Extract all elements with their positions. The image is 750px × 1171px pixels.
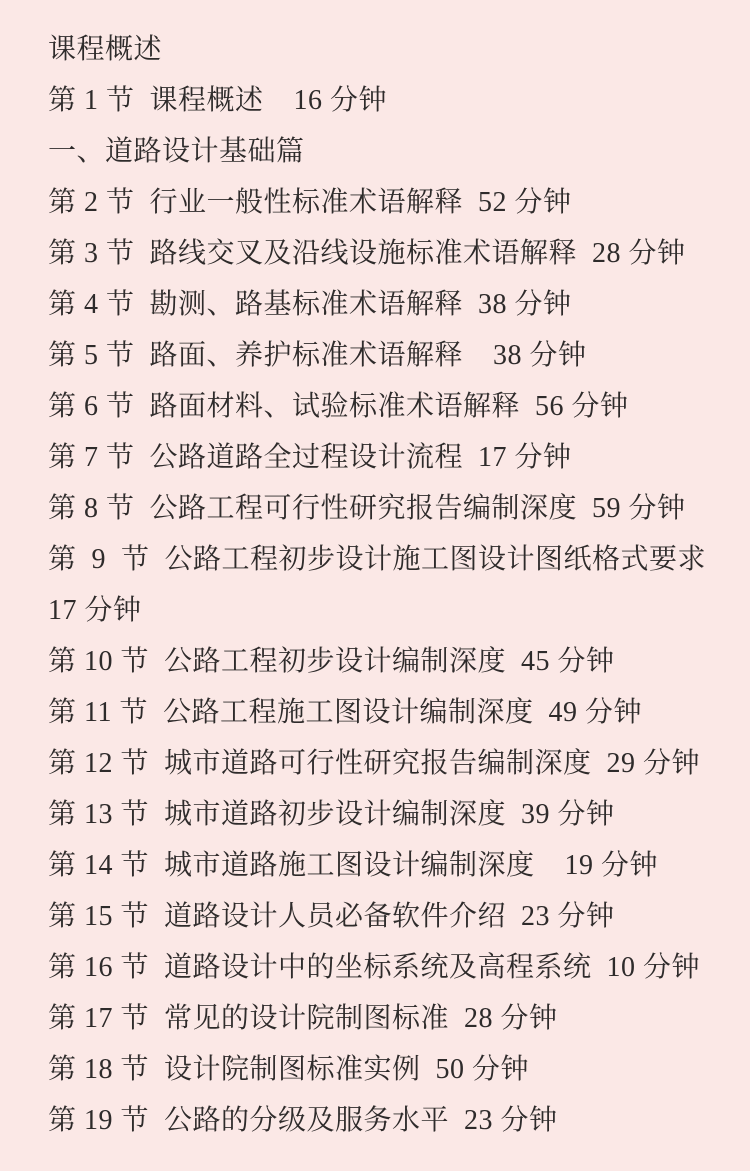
course-outline: 课程概述 第 1 节 课程概述 16 分钟一、道路设计基础篇第 2 节 行业一般… — [0, 0, 750, 1146]
outline-item: 第 15 节 道路设计人员必备软件介绍 23 分钟 — [48, 891, 730, 942]
outline-item: 第 4 节 勘测、路基标准术语解释 38 分钟 — [48, 279, 730, 330]
section-heading: 一、道路设计基础篇 — [48, 126, 730, 177]
outline-item: 第 14 节 城市道路施工图设计编制深度 19 分钟 — [48, 840, 730, 891]
outline-item: 第 3 节 路线交叉及沿线设施标准术语解释 28 分钟 — [48, 228, 730, 279]
outline-item: 第 5 节 路面、养护标准术语解释 38 分钟 — [48, 330, 730, 381]
outline-item: 第 10 节 公路工程初步设计编制深度 45 分钟 — [48, 636, 730, 687]
outline-item: 第 9 节 公路工程初步设计施工图设计图纸格式要求 17 分钟 — [48, 534, 730, 636]
document-title: 课程概述 — [48, 24, 730, 75]
course-outline-list: 第 1 节 课程概述 16 分钟一、道路设计基础篇第 2 节 行业一般性标准术语… — [48, 75, 730, 1146]
outline-item: 第 1 节 课程概述 16 分钟 — [48, 75, 730, 126]
outline-item: 第 12 节 城市道路可行性研究报告编制深度 29 分钟 — [48, 738, 730, 789]
outline-item: 第 19 节 公路的分级及服务水平 23 分钟 — [48, 1095, 730, 1146]
outline-item: 第 13 节 城市道路初步设计编制深度 39 分钟 — [48, 789, 730, 840]
outline-item: 第 11 节 公路工程施工图设计编制深度 49 分钟 — [48, 687, 730, 738]
outline-item: 第 6 节 路面材料、试验标准术语解释 56 分钟 — [48, 381, 730, 432]
outline-item: 第 16 节 道路设计中的坐标系统及高程系统 10 分钟 — [48, 942, 730, 993]
outline-item: 第 7 节 公路道路全过程设计流程 17 分钟 — [48, 432, 730, 483]
page: { "page": { "background_color": "#fbe8e6… — [0, 0, 750, 1171]
outline-item: 第 17 节 常见的设计院制图标准 28 分钟 — [48, 993, 730, 1044]
outline-item: 第 2 节 行业一般性标准术语解释 52 分钟 — [48, 177, 730, 228]
outline-item: 第 8 节 公路工程可行性研究报告编制深度 59 分钟 — [48, 483, 730, 534]
outline-item: 第 18 节 设计院制图标准实例 50 分钟 — [48, 1044, 730, 1095]
